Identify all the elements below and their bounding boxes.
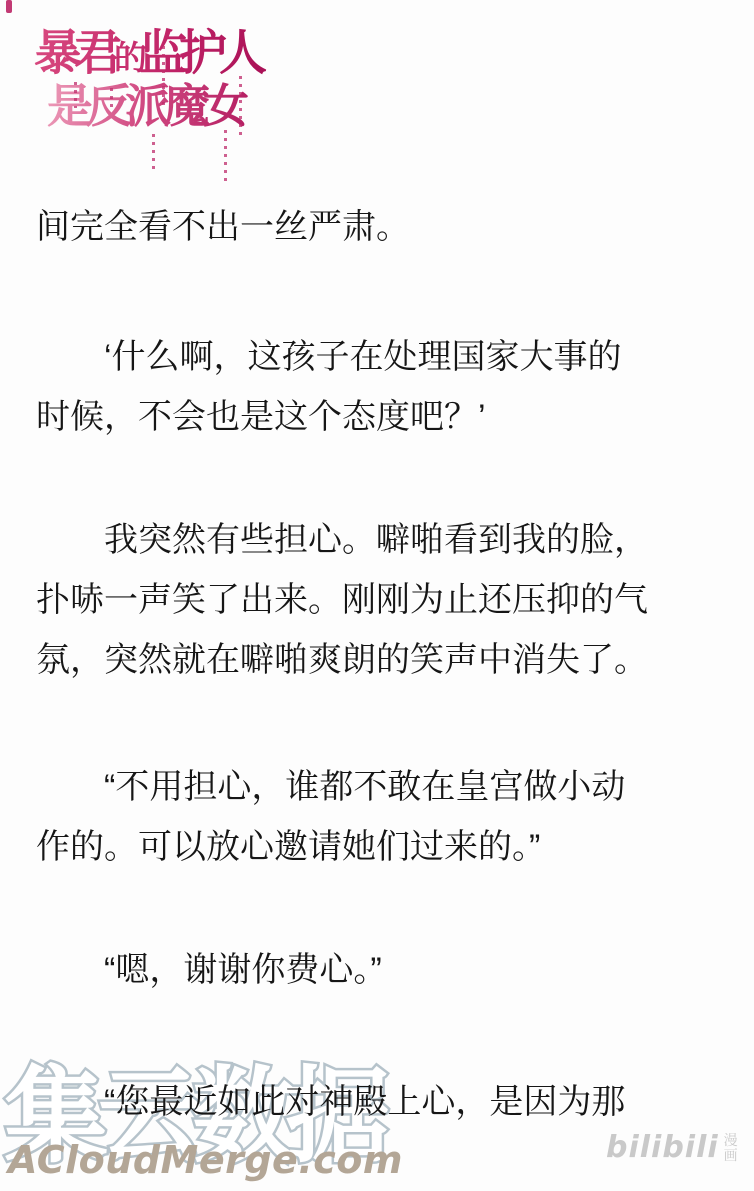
paragraph: “您最近如此对神殿上心，是因为那 <box>36 1072 718 1132</box>
text-line: 扑哧一声笑了出来。刚刚为止还压抑的气 <box>36 570 718 630</box>
novel-reader-page[interactable]: 暴君的监护人 是反派魔女 集云数据 ACloudMerge.com 间完全看不出… <box>0 0 754 1191</box>
manga-stamp-char: 漫 <box>724 1133 738 1148</box>
text-line: 我突然有些担心。噼啪看到我的脸， <box>36 510 718 570</box>
paragraph: “嗯，谢谢你费心。” <box>36 940 718 1000</box>
chapter-text: 间完全看不出一丝严肃。 ‘什么啊，这孩子在处理国家大事的时候，不会也是这个态度吧… <box>36 197 718 1132</box>
logo-text: 监护人 <box>139 25 259 81</box>
logo-title-line2: 是反派魔女 <box>47 81 284 131</box>
manga-stamp-char: 画 <box>724 1148 738 1163</box>
text-line: 间完全看不出一丝严肃。 <box>36 197 718 257</box>
text-line: “不用担心，谁都不敢在皇宫做小动 <box>36 757 718 817</box>
logo-title-line1: 暴君的监护人 <box>34 26 284 85</box>
logo-text: 暴君 <box>34 25 114 81</box>
logo-ornament-dots <box>239 76 242 136</box>
watermark-siteurl: ACloudMerge.com <box>8 1138 403 1182</box>
logo-ornament-dots <box>110 88 113 108</box>
paragraph: “不用担心，谁都不敢在皇宫做小动作的。可以放心邀请她们过来的。” <box>36 757 718 877</box>
series-title-logo: 暴君的监护人 是反派魔女 <box>34 26 284 186</box>
logo-text-small: 的 <box>114 38 139 77</box>
text-line: ‘什么啊，这孩子在处理国家大事的 <box>36 327 718 387</box>
logo-ornament-dots <box>224 130 227 186</box>
text-line: 作的。可以放心邀请她们过来的。” <box>36 817 718 877</box>
text-line: 时候，不会也是这个态度吧？’ <box>36 387 718 447</box>
bilibili-manga-watermark: bilibili 漫画 <box>606 1130 738 1165</box>
logo-ornament-dots <box>74 82 77 108</box>
corner-decoration <box>6 0 12 13</box>
paragraph: ‘什么啊，这孩子在处理国家大事的时候，不会也是这个态度吧？’ <box>36 327 718 447</box>
paragraph: 我突然有些担心。噼啪看到我的脸，扑哧一声笑了出来。刚刚为止还压抑的气氛，突然就在… <box>36 510 718 690</box>
text-line: 氛，突然就在噼啪爽朗的笑声中消失了。 <box>36 630 718 690</box>
logo-ornament-dots <box>152 134 155 174</box>
paragraph: 间完全看不出一丝严肃。 <box>36 197 718 257</box>
text-line: “嗯，谢谢你费心。” <box>36 940 718 1000</box>
manga-stamp: 漫画 <box>724 1133 738 1163</box>
text-line: “您最近如此对神殿上心，是因为那 <box>36 1072 718 1132</box>
logo-ornament-dots <box>162 46 165 106</box>
bilibili-logo: bilibili <box>606 1130 719 1165</box>
